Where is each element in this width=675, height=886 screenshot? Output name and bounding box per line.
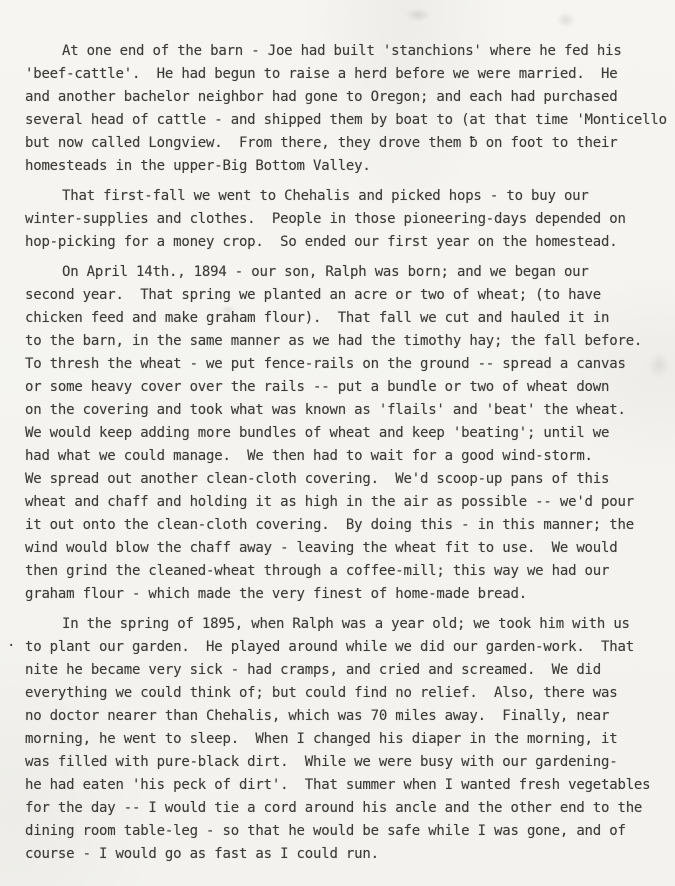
text-line: no doctor nearer than Chehalis, which wa…: [25, 705, 675, 728]
text-line: graham flour - which made the very fines…: [25, 583, 675, 606]
text-line: or some heavy cover over the rails -- pu…: [25, 376, 675, 399]
text-line: At one end of the barn - Joe had built '…: [25, 40, 675, 63]
paragraph: On April 14th., 1894 - our son, Ralph wa…: [25, 261, 675, 606]
text-line: chicken feed and make graham flour). Tha…: [25, 307, 675, 330]
text-line: nite he became very sick - had cramps, a…: [25, 659, 675, 682]
text-line: wind would blow the chaff away - leaving…: [25, 537, 675, 560]
text-line: course - I would go as fast as I could r…: [25, 843, 675, 866]
text-line: several head of cattle - and shipped the…: [25, 109, 675, 132]
text-line: hop-picking for a money crop. So ended o…: [25, 231, 675, 254]
text-line: In the spring of 1895, when Ralph was a …: [25, 613, 675, 636]
text-line: then grind the cleaned-wheat through a c…: [25, 560, 675, 583]
typewritten-text-block: At one end of the barn - Joe had built '…: [25, 40, 675, 873]
text-line: everything we could think of; but could …: [25, 682, 675, 705]
text-line: had what we could manage. We then had to…: [25, 445, 675, 468]
text-line: morning, he went to sleep. When I change…: [25, 728, 675, 751]
text-line: and another bachelor neighbor had gone t…: [25, 86, 675, 109]
scan-smudge: [405, 8, 431, 22]
text-line: homesteads in the upper-Big Bottom Valle…: [25, 155, 675, 178]
text-line: wheat and chaff and holding it as high i…: [25, 491, 675, 514]
text-line: second year. That spring we planted an a…: [25, 284, 675, 307]
text-line: to the barn, in the same manner as we ha…: [25, 330, 675, 353]
text-line: for the day -- I would tie a cord around…: [25, 797, 675, 820]
text-line: winter-supplies and clothes. People in t…: [25, 208, 675, 231]
text-line: was filled with pure-black dirt. While w…: [25, 751, 675, 774]
text-line: We would keep adding more bundles of whe…: [25, 422, 675, 445]
text-line: 'beef-cattle'. He had begun to raise a h…: [25, 63, 675, 86]
text-line: To thresh the wheat - we put fence-rails…: [25, 353, 675, 376]
paragraph: That first-fall we went to Chehalis and …: [25, 185, 675, 254]
text-line: We spread out another clean-cloth coveri…: [25, 468, 675, 491]
scan-smudge: [556, 12, 576, 28]
paragraph: In the spring of 1895, when Ralph was a …: [25, 613, 675, 866]
text-line: but now called Longview. From there, the…: [25, 132, 675, 155]
text-line: dining room table-leg - so that he would…: [25, 820, 675, 843]
text-line: he had eaten 'his peck of dirt'. That su…: [25, 774, 675, 797]
scanned-page: At one end of the barn - Joe had built '…: [0, 0, 675, 886]
text-line: on the covering and took what was known …: [25, 399, 675, 422]
text-line: to plant our garden. He played around wh…: [25, 636, 675, 659]
text-line: it out onto the clean-cloth covering. By…: [25, 514, 675, 537]
text-line: That first-fall we went to Chehalis and …: [25, 185, 675, 208]
text-line: On April 14th., 1894 - our son, Ralph wa…: [25, 261, 675, 284]
paragraph: At one end of the barn - Joe had built '…: [25, 40, 675, 178]
stray-margin-period-mark: .: [7, 631, 15, 654]
